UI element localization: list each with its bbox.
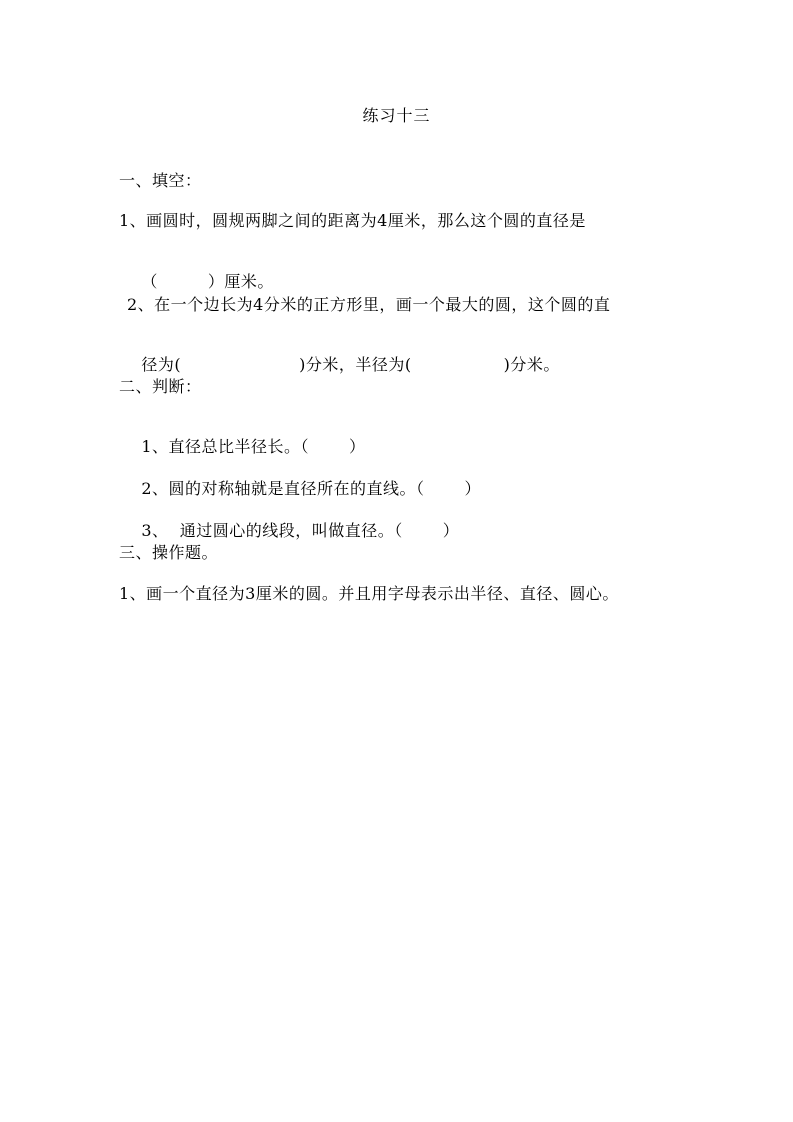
close-paren: ）	[465, 479, 482, 498]
close-paren: ）	[349, 437, 366, 456]
close-paren: ）	[443, 521, 460, 540]
judgment-item-3-text: 3、 通过圆心的线段，叫做直径。（	[141, 521, 402, 540]
answer-suffix: )分米。	[504, 355, 560, 374]
document-page: 练习十三 一、填空： 1、画圆时，圆规两脚之间的距离为4厘米，那么这个圆的直径是…	[0, 0, 793, 1122]
question-1-1-text: 1、画圆时，圆规两脚之间的距离为4厘米，那么这个圆的直径是	[119, 211, 586, 231]
judgment-item-1-text: 1、直径总比半径长。（	[141, 437, 309, 456]
section-heading-fill-blank: 一、填空：	[119, 171, 202, 191]
section-heading-judgment: 二、判断：	[119, 377, 202, 397]
answer-open-paren: （	[141, 272, 158, 291]
answer-prefix: 径为(	[141, 355, 181, 374]
question-1-2-text: 2、在一个边长为4分米的正方形里，画一个最大的圆，这个圆的直	[127, 295, 610, 315]
section-heading-operation: 三、操作题。	[119, 543, 218, 563]
answer-close-paren-unit: ）厘米。	[208, 272, 274, 291]
judgment-item-2-text: 2、圆的对称轴就是直径所在的直线。（	[141, 479, 424, 498]
page-title: 练习十三	[0, 106, 793, 126]
answer-middle: )分米，半径为(	[299, 355, 412, 374]
operation-item-1: 1、画一个直径为3厘米的圆。并且用字母表示出半径、直径、圆心。	[119, 584, 619, 604]
